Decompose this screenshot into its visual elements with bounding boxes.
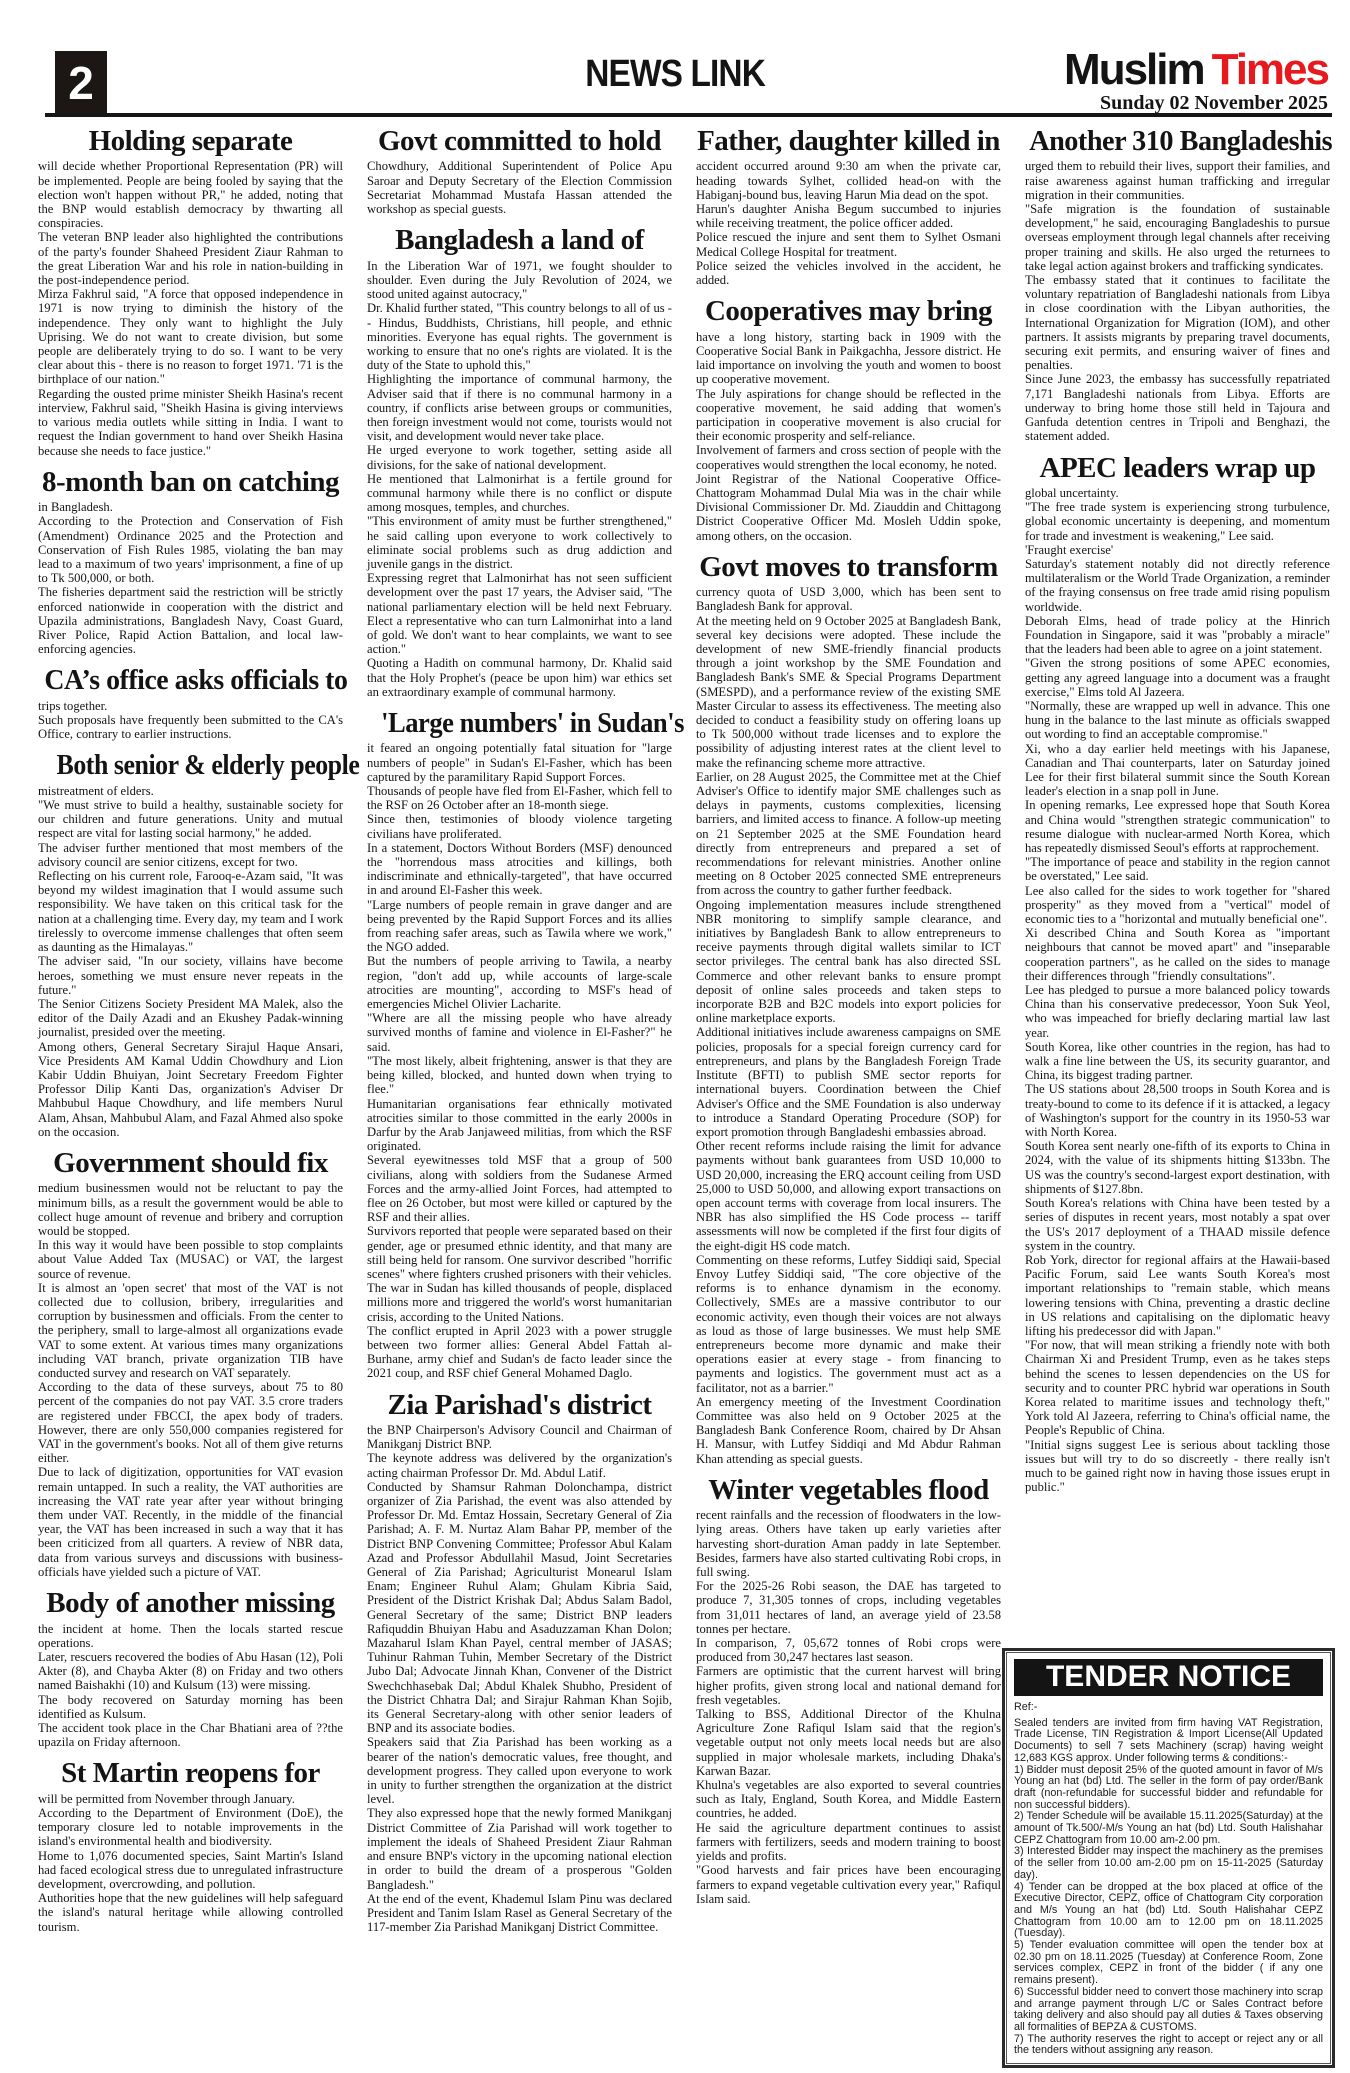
- article-paragraph: "The most likely, albeit frightening, an…: [367, 1054, 672, 1097]
- article-paragraph: mistreatment of elders.: [38, 784, 343, 798]
- tender-item: 7) The authority reserves the right to a…: [1014, 2034, 1323, 2057]
- article-headline-text: Bangladesh a land of: [395, 225, 644, 255]
- article-paragraph: 'Fraught exercise': [1025, 543, 1330, 557]
- article-paragraph: Conducted by Shamsur Rahman Dolonchampa,…: [367, 1480, 672, 1736]
- article-headline-text: Both senior & elderly people: [57, 750, 360, 780]
- article-paragraph: Lee also called for the sides to work to…: [1025, 884, 1330, 927]
- article-paragraph: recent rainfalls and the recession of fl…: [696, 1508, 1001, 1579]
- article-paragraph: it feared an ongoing potentially fatal s…: [367, 741, 672, 784]
- article-headline: Father, daughter killed in: [696, 126, 1001, 156]
- article-headline: Both senior & elderly people: [38, 750, 343, 780]
- article-headline: 8-month ban on catching: [38, 467, 343, 497]
- article-paragraph: The fisheries department said the restri…: [38, 585, 343, 656]
- article-paragraph: "Safe migration is the foundation of sus…: [1025, 202, 1330, 273]
- article-paragraph: "Large numbers of people remain in grave…: [367, 898, 672, 955]
- article-paragraph: have a long history, starting back in 19…: [696, 330, 1001, 387]
- article-headline-text: APEC leaders wrap up: [1040, 453, 1316, 483]
- article-paragraph: Later, rescuers recovered the bodies of …: [38, 1650, 343, 1693]
- article-paragraph: "Given the strong positions of some APEC…: [1025, 656, 1330, 699]
- article-paragraph: Farmers are optimistic that the current …: [696, 1664, 1001, 1707]
- article-paragraph: At the meeting held on 9 October 2025 at…: [696, 614, 1001, 770]
- article-paragraph: But the numbers of people arriving to Ta…: [367, 954, 672, 1011]
- article-paragraph: Humanitarian organisations fear ethnical…: [367, 1097, 672, 1154]
- article-headline-text: Govt committed to hold: [378, 126, 661, 156]
- article-paragraph: Khulna's vegetables are also exported to…: [696, 1778, 1001, 1821]
- article-paragraph: Among others, General Secretary Sirajul …: [38, 1040, 343, 1139]
- article-paragraph: According to the data of these surveys, …: [38, 1380, 343, 1465]
- article-headline-text: 'Large numbers' in Sudan's: [381, 708, 684, 738]
- article-paragraph: Dr. Khalid further stated, "This country…: [367, 301, 672, 372]
- article-paragraph: "For now, that will mean striking a frie…: [1025, 1338, 1330, 1437]
- tender-notice: TENDER NOTICE Ref:- Sealed tenders are i…: [1002, 1648, 1335, 2068]
- article-paragraph: Ongoing implementation measures include …: [696, 898, 1001, 1026]
- article-paragraph: global uncertainty.: [1025, 486, 1330, 500]
- article-paragraph: "We must strive to build a healthy, sust…: [38, 798, 343, 841]
- article-paragraph: will decide whether Proportional Represe…: [38, 159, 343, 230]
- article-headline-text: Winter vegetables flood: [708, 1475, 989, 1505]
- article-paragraph: Due to lack of digitization, opportuniti…: [38, 1465, 343, 1579]
- article-paragraph: "The free trade system is experiencing s…: [1025, 500, 1330, 543]
- article-paragraph: Rob York, director for regional affairs …: [1025, 1253, 1330, 1338]
- article-headline-text: Body of another missing: [46, 1588, 334, 1618]
- article-paragraph: The accident took place in the Char Bhat…: [38, 1721, 343, 1749]
- article-paragraph: "Good harvests and fair prices have been…: [696, 1863, 1001, 1906]
- article-paragraph: The adviser said, "In our society, villa…: [38, 954, 343, 997]
- article-paragraph: in Bangladesh.: [38, 500, 343, 514]
- article-paragraph: accident occurred around 9:30 am when th…: [696, 159, 1001, 202]
- issue-date: Sunday 02 November 2025: [1100, 93, 1328, 113]
- article-headline: Winter vegetables flood: [696, 1475, 1001, 1505]
- article-headline: Another 310 Bangladeshis: [1025, 126, 1330, 156]
- article-paragraph: Xi, who a day earlier held meetings with…: [1025, 742, 1330, 799]
- article-paragraph: Earlier, on 28 August 2025, the Committe…: [696, 770, 1001, 898]
- tender-notice-title: TENDER NOTICE: [1014, 1659, 1323, 1696]
- article-headline: Holding separate: [38, 126, 343, 156]
- article-paragraph: Thousands of people have fled from El-Fa…: [367, 784, 672, 812]
- article-paragraph: According to the Department of Environme…: [38, 1806, 343, 1849]
- article-paragraph: Chowdhury, Additional Superintendent of …: [367, 159, 672, 216]
- article-headline: 'Large numbers' in Sudan's: [367, 708, 672, 738]
- column: Father, daughter killed inaccident occur…: [696, 126, 1001, 1934]
- article-headline-text: 8-month ban on catching: [42, 467, 339, 497]
- article-paragraph: Joint Registrar of the National Cooperat…: [696, 472, 1001, 543]
- article-paragraph: Xi described China and South Korea as "i…: [1025, 926, 1330, 983]
- tender-item: 3) Interested Bidder may inspect the mac…: [1014, 1846, 1323, 1881]
- article-paragraph: "This environment of amity must be furth…: [367, 514, 672, 571]
- tender-item: 6) Successful bidder need to convert tho…: [1014, 1987, 1323, 2034]
- article-headline: Government should fix: [38, 1148, 343, 1178]
- article-paragraph: In opening remarks, Lee expressed hope t…: [1025, 798, 1330, 855]
- article-paragraph: For the 2025-26 Robi season, the DAE has…: [696, 1579, 1001, 1636]
- tender-notice-title-text: TENDER NOTICE: [1046, 1660, 1291, 1693]
- article-paragraph: South Korea sent nearly one-fifth of its…: [1025, 1139, 1330, 1196]
- tender-item: 2) Tender Schedule will be available 15.…: [1014, 1811, 1323, 1846]
- article-headline: Bangladesh a land of: [367, 225, 672, 255]
- tender-notice-body: Ref:- Sealed tenders are invited from fi…: [1014, 1702, 1323, 2057]
- article-paragraph: "Normally, these are wrapped up well in …: [1025, 699, 1330, 742]
- article-paragraph: Expressing regret that Lalmonirhat has n…: [367, 571, 672, 656]
- masthead: MuslimTimes: [1064, 48, 1328, 92]
- article-paragraph: The keynote address was delivered by the…: [367, 1451, 672, 1479]
- article-paragraph: They also expressed hope that the newly …: [367, 1806, 672, 1891]
- article-paragraph: Since then, testimonies of bloody violen…: [367, 812, 672, 840]
- tender-item: 1) Bidder must deposit 25% of the quoted…: [1014, 1765, 1323, 1812]
- article-headline: St Martin reopens for: [38, 1758, 343, 1788]
- article-headline: APEC leaders wrap up: [1025, 453, 1330, 483]
- article-paragraph: He mentioned that Lalmonirhat is a ferti…: [367, 472, 672, 515]
- article-headline-text: Father, daughter killed in: [697, 126, 1000, 156]
- article-paragraph: Police rescued the injure and sent them …: [696, 230, 1001, 258]
- article-paragraph: Highlighting the importance of communal …: [367, 372, 672, 443]
- article-paragraph: The July aspirations for change should b…: [696, 387, 1001, 444]
- article-paragraph: According to the Protection and Conserva…: [38, 514, 343, 585]
- article-paragraph: "Where are all the missing people who ha…: [367, 1011, 672, 1054]
- article-paragraph: "Initial signs suggest Lee is serious ab…: [1025, 1438, 1330, 1495]
- article-paragraph: urged them to rebuild their lives, suppo…: [1025, 159, 1330, 202]
- article-paragraph: The adviser further mentioned that most …: [38, 841, 343, 869]
- article-paragraph: Police seized the vehicles involved in t…: [696, 259, 1001, 287]
- article-headline: CA’s office asks officials to: [38, 665, 343, 695]
- article-paragraph: currency quota of USD 3,000, which has b…: [696, 585, 1001, 613]
- article-headline-text: Cooperatives may bring: [705, 296, 992, 326]
- article-headline: Cooperatives may bring: [696, 296, 1001, 326]
- article-headline-text: Govt moves to transform: [699, 552, 998, 582]
- tender-item: 5) Tender evaluation committee will open…: [1014, 1940, 1323, 1987]
- column: Holding separatewill decide whether Prop…: [38, 126, 343, 1934]
- article-paragraph: The Senior Citizens Society President MA…: [38, 997, 343, 1040]
- header-rule: [45, 113, 1332, 117]
- article-paragraph: An emergency meeting of the Investment C…: [696, 1395, 1001, 1466]
- article-headline-text: CA’s office asks officials to: [44, 665, 347, 695]
- article-paragraph: It is almost an 'open secret' that most …: [38, 1281, 343, 1380]
- article-paragraph: In this way it would have been possible …: [38, 1238, 343, 1281]
- article-paragraph: The conflict erupted in April 2023 with …: [367, 1324, 672, 1381]
- article-headline-text: Holding separate: [89, 126, 293, 156]
- article-headline: Govt committed to hold: [367, 126, 672, 156]
- article-paragraph: Talking to BSS, Additional Director of t…: [696, 1707, 1001, 1778]
- article-paragraph: In the Liberation War of 1971, we fought…: [367, 259, 672, 302]
- article-paragraph: Regarding the ousted prime minister Shei…: [38, 387, 343, 458]
- article-paragraph: will be permitted from November through …: [38, 1792, 343, 1806]
- article-paragraph: Mirza Fakhrul said, "A force that oppose…: [38, 287, 343, 386]
- article-paragraph: "The importance of peace and stability i…: [1025, 855, 1330, 883]
- article-paragraph: Survivors reported that people were sepa…: [367, 1224, 672, 1281]
- article-headline-text: Zia Parishad's district: [387, 1390, 651, 1420]
- article-paragraph: Speakers said that Zia Parishad has been…: [367, 1735, 672, 1806]
- article-paragraph: Since June 2023, the embassy has success…: [1025, 372, 1330, 443]
- article-paragraph: Saturday's statement notably did not dir…: [1025, 557, 1330, 614]
- article-paragraph: The war in Sudan has killed thousands of…: [367, 1281, 672, 1324]
- article-paragraph: South Korea's relations with China have …: [1025, 1196, 1330, 1253]
- masthead-word-times: Times: [1212, 45, 1328, 94]
- article-paragraph: Deborah Elms, head of trade policy at th…: [1025, 614, 1330, 657]
- tender-item: 4) Tender can be dropped at the box plac…: [1014, 1882, 1323, 1941]
- newspaper-page: 2 NEWS LINK MuslimTimes Sunday 02 Novemb…: [0, 0, 1350, 2073]
- masthead-word-muslim: Muslim: [1064, 45, 1204, 94]
- article-paragraph: Authorities hope that the new guidelines…: [38, 1891, 343, 1934]
- article-paragraph: Other recent reforms include raising the…: [696, 1139, 1001, 1253]
- article-paragraph: the BNP Chairperson's Advisory Council a…: [367, 1423, 672, 1451]
- article-paragraph: The US stations about 28,500 troops in S…: [1025, 1082, 1330, 1139]
- article-paragraph: The body recovered on Saturday morning h…: [38, 1693, 343, 1721]
- article-paragraph: Lee has pledged to pursue a more balance…: [1025, 983, 1330, 1040]
- article-paragraph: Commenting on these reforms, Lutfey Sidd…: [696, 1253, 1001, 1395]
- article-paragraph: Home to 1,076 documented species, Saint …: [38, 1849, 343, 1892]
- article-paragraph: Additional initiatives include awareness…: [696, 1025, 1001, 1139]
- article-paragraph: Harun's daughter Anisha Begum succumbed …: [696, 202, 1001, 230]
- article-paragraph: The veteran BNP leader also highlighted …: [38, 230, 343, 287]
- article-paragraph: the incident at home. Then the locals st…: [38, 1622, 343, 1650]
- tender-item: Sealed tenders are invited from firm hav…: [1014, 1718, 1323, 1765]
- article-paragraph: In comparison, 7, 05,672 tonnes of Robi …: [696, 1636, 1001, 1664]
- article-paragraph: He urged everyone to work together, sett…: [367, 443, 672, 471]
- article-headline-text: Government should fix: [53, 1148, 328, 1178]
- article-paragraph: Reflecting on his current role, Farooq-e…: [38, 869, 343, 954]
- article-paragraph: South Korea, like other countries in the…: [1025, 1040, 1330, 1083]
- article-headline-text: Another 310 Bangladeshis: [1029, 126, 1332, 156]
- article-paragraph: The embassy stated that it continues to …: [1025, 273, 1330, 372]
- article-headline: Body of another missing: [38, 1588, 343, 1618]
- article-paragraph: trips together.: [38, 699, 343, 713]
- article-paragraph: Involvement of farmers and cross section…: [696, 443, 1001, 471]
- article-paragraph: At the end of the event, Khademul Islam …: [367, 1892, 672, 1935]
- article-paragraph: In a statement, Doctors Without Borders …: [367, 841, 672, 898]
- article-headline: Govt moves to transform: [696, 552, 1001, 582]
- tender-ref: Ref:-: [1014, 1702, 1323, 1714]
- article-paragraph: medium businessmen would not be reluctan…: [38, 1181, 343, 1238]
- article-headline: Zia Parishad's district: [367, 1390, 672, 1420]
- column: Govt committed to holdChowdhury, Additio…: [367, 126, 672, 1934]
- section-title-text: NEWS LINK: [585, 55, 765, 93]
- article-paragraph: Such proposals have frequently been subm…: [38, 713, 343, 741]
- article-headline-text: St Martin reopens for: [61, 1758, 320, 1788]
- article-paragraph: He said the agriculture department conti…: [696, 1821, 1001, 1864]
- article-paragraph: Several eyewitnesses told MSF that a gro…: [367, 1153, 672, 1224]
- article-paragraph: Quoting a Hadith on communal harmony, Dr…: [367, 656, 672, 699]
